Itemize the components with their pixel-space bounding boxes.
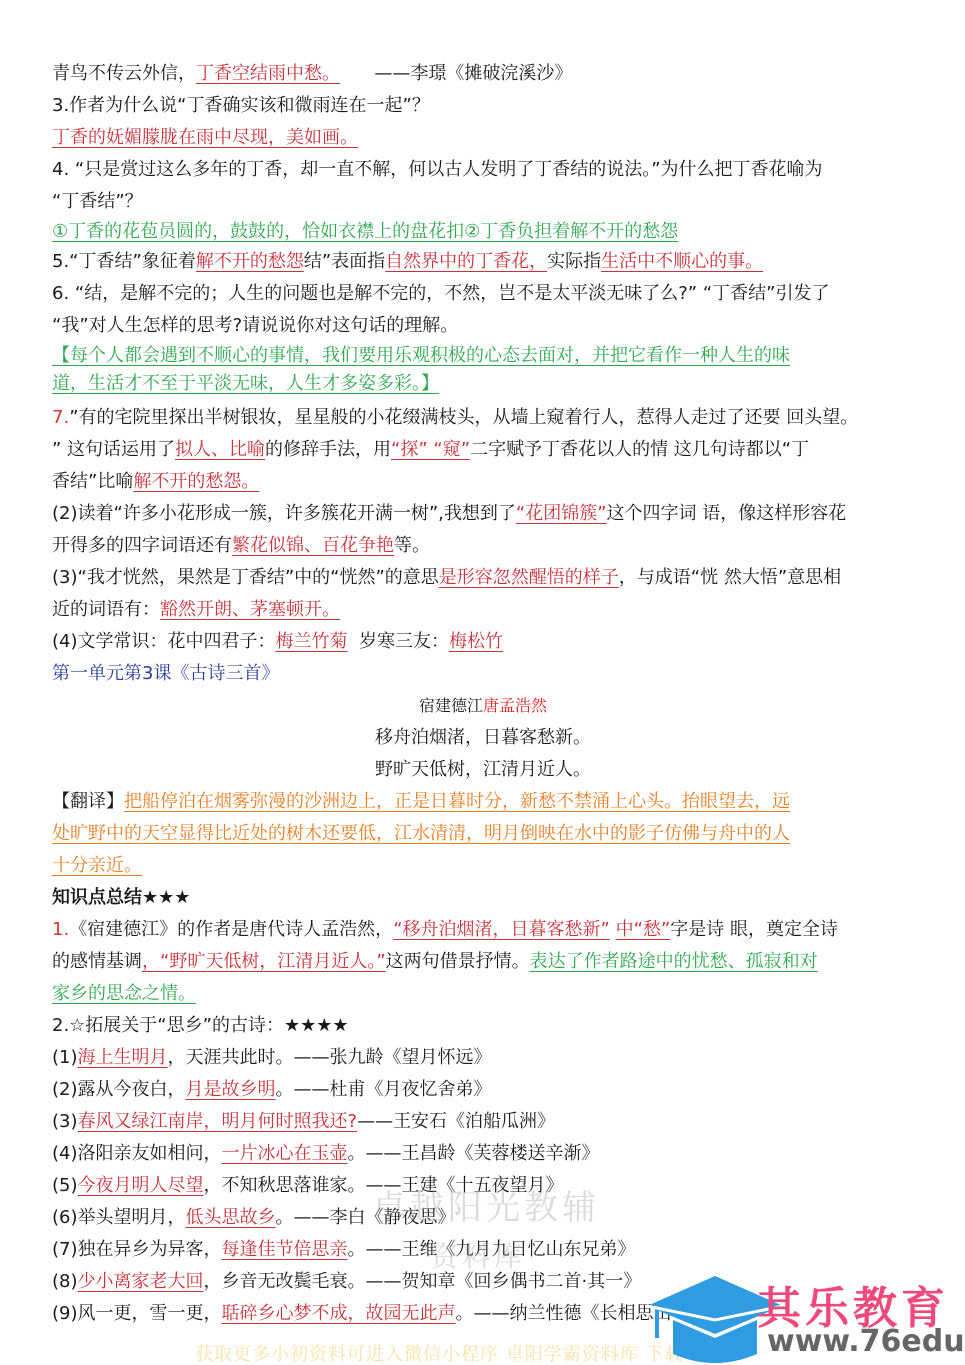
poem-list-item: (5)今夜月明人尽望，不知秋思落谁家。——王建《十五夜望月》 [52,1170,914,1202]
q7-answer-words: “探” “窥” [391,439,470,460]
poem-item-answer: 月是故乡明 [186,1079,276,1100]
poem-list-item: (2)露从今夜白，月是故乡明。——杜甫《月夜忆舍弟》 [52,1074,914,1106]
s1-answer-5: 家乡的思念之情。 [52,983,196,1004]
poem-item-answer: 低头思故乡 [186,1207,276,1228]
quote-source: ——李璟《摊破浣溪沙》 [340,63,572,84]
s1-answer-3: ，“野旷天低树，江清月近人。” [142,951,386,972]
poem-item-prefix: (1) [52,1047,78,1068]
question-7-2-line1: (2)读着“许多小花形成一簇，许多簇花开满一树”,我想到了“花团锦簇”这个四字词… [52,498,914,530]
q7-3-text-3: 近的词语有： [52,599,160,620]
translation-text-2: 处旷野中的天空显得比近处的树木还要低，江水清清，明月倒映在水中的影子仿佛与舟中的… [52,823,790,844]
poem-item-answer: 海上生明月 [78,1047,168,1068]
poem-item-prefix: (7)独在异乡为异客， [52,1239,222,1260]
summary-2-heading: 2.☆拓展关于“思乡”的古诗：★★★★ [52,1010,914,1042]
q7-text-c: 的修辞手法，用 [265,439,391,460]
q7-3-text-2: ，与成语“恍 然大悟”意思相 [619,567,841,588]
question-3: 3.作者为什么说“丁香确实该和微雨连在一起”？ [52,90,914,122]
question-7-line2: ” 这句话运用了拟人、比喻的修辞手法，用“探” “窥”二字赋予丁香花以人的情 这… [52,434,914,466]
poem-item-answer: 今夜月明人尽望 [78,1175,204,1196]
q7-4-text: (4)文学常识：花中四君子： [52,631,276,652]
s1-text-2: 字是诗 眼，奠定全诗 [670,919,838,940]
poem-item-source: 。——王昌龄《芙蓉楼送辛渐》 [348,1143,600,1164]
poem-item-source: ，乡音无改鬓毛衰。——贺知章《回乡偶书二首·其一》 [204,1271,642,1292]
q5-text-2: 结”表面指 [304,251,385,272]
poem-item-source: 。——杜甫《月夜忆舍弟》 [276,1079,492,1100]
poem-item-source: ，天涯共此时。——张九龄《望月怀远》 [168,1047,492,1068]
poem-list-item: (4)洛阳亲友如相问，一片冰心在玉壶。——王昌龄《芙蓉楼送辛渐》 [52,1138,914,1170]
answer-4: ①丁香的花苞员圆的，鼓鼓的，恰如衣襟上的盘花扣②丁香负担着解不开的愁怨 [52,221,678,242]
answer-6-line2: 道，生活才不至于平淡无味，人生才多姿多彩。】 [52,373,439,394]
poem-item-answer: 一片冰心在玉壶 [222,1143,348,1164]
q7-number: 7. [52,407,69,428]
poem-item-source: 。——李白《静夜思》 [276,1207,456,1228]
q7-3-answer-2: 豁然开朗、茅塞顿开。 [160,599,340,620]
poem-title-text: 宿建德江 [419,696,483,715]
translation-text-3: 十分亲近。 [52,855,142,876]
poem-line-1: 移舟泊烟渚，日暮客愁新。 [52,722,914,754]
poem-item-source: 。——王维《九月九日忆山东兄弟》 [348,1239,636,1260]
question-7-line3: 香结”比喻解不开的愁怨。 [52,466,914,498]
poem-item-answer: 少小离家老大回 [78,1271,204,1292]
translation-line1: 【翻译】把船停泊在烟雾弥漫的沙洲边上，正是日暮时分，新愁不禁涌上心头。抬眼望去，… [52,786,914,818]
translation-text-1: 把船停泊在烟雾弥漫的沙洲边上，正是日暮时分，新愁不禁涌上心头。抬眼望去，远 [124,791,790,812]
question-6-line2: “我”对人生怎样的思考?请说说你对这句话的理解。 [52,310,914,342]
q5-text-3: 实际指 [547,251,601,272]
answer-6-line1: 【每个人都会遇到不顺心的事情，我们要用乐观积极的心态去面对，并把它看作一种人生的… [52,345,790,366]
q5-text: 5.“丁香结”象征着 [52,251,196,272]
q7-text-f: 香结”比喻 [52,471,133,492]
question-4-line1: 4. “只是赏过这么多年的丁香，却一直不解，何以古人发明了丁香结的说法。”为什么… [52,154,914,186]
footer-note: 获取更多小初资料可进入微信小程序 卓阳学霸资料库 下载 [195,1340,683,1365]
q7-text-a: ” 这句话运用了 [52,439,175,460]
q7-answer-meaning: 解不开的愁怨。 [133,471,259,492]
question-4-line2: “丁香结”？ [52,186,914,218]
question-6-line1: 6. “结，是解不完的；人生的问题也是解不完的，不然，岂不是太平淡无味了么?” … [52,278,914,310]
poem-item-answer: 聒碎乡心梦不成，故园无此声 [222,1303,456,1324]
q7-2-text: (2)读着“许多小花形成一簇，许多簇花开满一树”,我想到了 [52,503,516,524]
poem-item-source: ——王安石《泊船瓜洲》 [357,1111,555,1132]
answer-3: 丁香的妩媚朦胧在雨中尽现，美如画。 [52,127,358,148]
q7-3-text: (3)“我才恍然，果然是丁香结”中的“恍然”的意思 [52,567,439,588]
poem-item-answer: 每逢佳节倍思亲 [222,1239,348,1260]
answer-highlight: 丁香空结雨中愁。 [196,63,340,84]
quote-text: 青鸟不传云外信， [52,63,196,84]
q5-answer-1: 解不开的愁怨 [196,251,304,272]
poem-quote-line: 青鸟不传云外信，丁香空结雨中愁。 ——李璟《摊破浣溪沙》 [52,58,914,90]
question-7-3-line1: (3)“我才恍然，果然是丁香结”中的“恍然”的意思是形容忽然醒悟的样子，与成语“… [52,562,914,594]
q7-4-answer-1: 梅兰竹菊 [276,631,348,652]
poem-list-item: (6)举头望明月，低头思故乡。——李白《静夜思》 [52,1202,914,1234]
s1-number: 1. [52,919,69,940]
poem-list-item: (1)海上生明月，天涯共此时。——张九龄《望月怀远》 [52,1042,914,1074]
q7-2-answer: “花团锦簇” [516,503,607,524]
poem-list-item: (7)独在异乡为异客，每逢佳节倍思亲。——王维《九月九日忆山东兄弟》 [52,1234,914,1266]
poem-item-prefix: (5) [52,1175,78,1196]
poem-item-prefix: (3) [52,1111,78,1132]
brand-logo[interactable]: 其乐教育 www.76edu.com [645,1268,965,1365]
summary-1-line2: 的感情基调，“野旷天低树，江清月近人。”这两句借景抒情。表达了作者路途中的忧愁、… [52,946,914,978]
question-7-4: (4)文学常识：花中四君子：梅兰竹菊 岁寒三友：梅松竹 [52,626,914,658]
s1-text: 《宿建德江》的作者是唐代诗人孟浩然， [69,919,393,940]
question-7-3-line2: 近的词语有：豁然开朗、茅塞顿开。 [52,594,914,626]
summary-1-line1: 1.《宿建德江》的作者是唐代诗人孟浩然，“移舟泊烟渚，日暮客愁新” 中“愁”字是… [52,914,914,946]
q7-2-text-2: 这个四字词 语，像这样形容花 [607,503,847,524]
q7-4-answer-2: 梅松竹 [449,631,503,652]
translation-label: 【翻译】 [52,791,124,812]
poem-item-prefix: (8) [52,1271,78,1292]
poem-line-2: 野旷天低树，江清月近人。 [52,754,914,786]
poem-item-source: ，不知秋思落谁家。——王建《十五夜望月》 [204,1175,564,1196]
s1-text-4: 这两句借景抒情。 [386,951,530,972]
q7-text: ”有的宅院里探出半树银妆，星星般的小花缀满枝头，从墙上窥着行人，惹得人走过了还要… [69,407,858,428]
summary-heading: 知识点总结★★★ [52,882,914,914]
logo-url: www.76edu.com [767,1324,965,1359]
section-heading: 第一单元第3课《古诗三首》 [52,658,914,690]
q7-text-e: 二字赋予丁香花以人的情 这几句诗都以“丁 [470,439,809,460]
poem-author: 唐孟浩然 [483,696,547,715]
poem-item-prefix: (9)风一更，雪一更， [52,1303,222,1324]
q7-answer-rhetoric: 拟人、比喻 [175,439,265,460]
s1-answer-4: 表达了作者路途中的忧愁、孤寂和对 [530,951,818,972]
q7-4-text-2: 岁寒三友： [348,631,449,652]
poem-item-prefix: (6)举头望明月， [52,1207,186,1228]
q7-2-answer-2: 繁花似锦、百花争艳 [232,535,394,556]
q7-3-answer: 是形容忽然醒悟的样子 [439,567,619,588]
s1-text-3: 的感情基调 [52,951,142,972]
question-5: 5.“丁香结”象征着解不开的愁怨结”表面指自然界中的丁香花，实际指生活中不顺心的… [52,246,914,278]
document-page: 青鸟不传云外信，丁香空结雨中愁。 ——李璟《摊破浣溪沙》 3.作者为什么说“丁香… [52,58,914,1330]
s1-answer-2: 中“愁” [616,919,671,940]
poem-item-prefix: (4)洛阳亲友如相问， [52,1143,222,1164]
q7-2-text-4: 等。 [394,535,430,556]
poem-item-answer: 春风又绿江南岸，明月何时照我还? [78,1111,358,1132]
q5-answer-2: 自然界中的丁香花， [385,251,547,272]
poem-title: 宿建德江唐孟浩然 [52,690,914,722]
q7-2-text-3: 开得多的四字词语还有 [52,535,232,556]
question-7-line1: 7.”有的宅院里探出半树银妆，星星般的小花缀满枝头，从墙上窥着行人，惹得人走过了… [52,402,914,434]
poem-list-item: (3)春风又绿江南岸，明月何时照我还?——王安石《泊船瓜洲》 [52,1106,914,1138]
s1-answer-1: “移舟泊烟渚，日暮客愁新” [393,919,610,940]
q5-answer-3: 生活中不顺心的事。 [601,251,763,272]
poem-item-prefix: (2)露从今夜白， [52,1079,186,1100]
question-7-2-line2: 开得多的四字词语还有繁花似锦、百花争艳等。 [52,530,914,562]
